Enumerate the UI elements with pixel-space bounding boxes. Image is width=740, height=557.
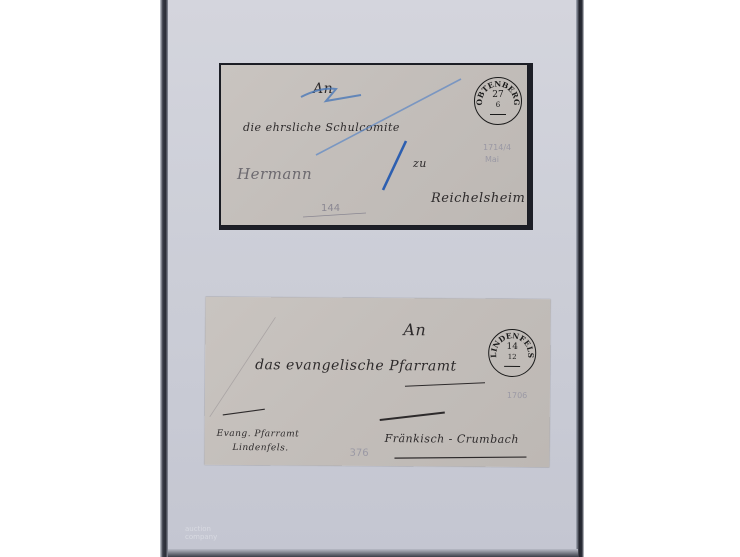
album-sleeve-right-edge [576, 0, 584, 557]
address-line: zu [413, 157, 427, 170]
address-line: An [403, 320, 426, 339]
cover-1: OBTENBERG 27 6 An die ehrsliche Schulcom… [221, 65, 527, 225]
address-line: An [313, 81, 333, 97]
cover-2: LINDENFELS 14 12 An das evangelische Pfa… [204, 297, 550, 467]
watermark-line: auction [185, 525, 217, 533]
album-sleeve-left-edge [160, 0, 168, 557]
pencil-note: 144 [321, 203, 340, 214]
address-line: Reichelsheim [431, 191, 525, 206]
postmark-1: OBTENBERG 27 6 [474, 77, 522, 125]
postmark-day: 27 [475, 90, 521, 100]
sender-line: Evang. Pfarramt [217, 429, 300, 440]
watermark: auction company [185, 525, 217, 541]
pencil-note: 1714/4 [483, 143, 511, 152]
address-line: Fränkisch - Crumbach [385, 432, 519, 446]
postmark-month: 12 [489, 353, 535, 361]
address-line: Hermann [237, 165, 312, 183]
postmark-day: 14 [489, 342, 535, 352]
pencil-note: 1706 [507, 391, 527, 400]
postmark-ornament [504, 362, 520, 367]
sender-line: Lindenfels. [233, 443, 289, 453]
address-line: das evangelische Pfarramt [255, 357, 457, 374]
address-line: die ehrsliche Schulcomite [243, 121, 400, 134]
album-sleeve-bottom-edge [168, 549, 578, 557]
postmark-ornament [490, 110, 506, 115]
postmark-month: 6 [475, 101, 521, 109]
watermark-line: company [185, 533, 217, 541]
postmark-2: LINDENFELS 14 12 [488, 329, 536, 377]
pencil-note: 376 [349, 448, 368, 459]
pencil-note: Mai [485, 155, 499, 164]
